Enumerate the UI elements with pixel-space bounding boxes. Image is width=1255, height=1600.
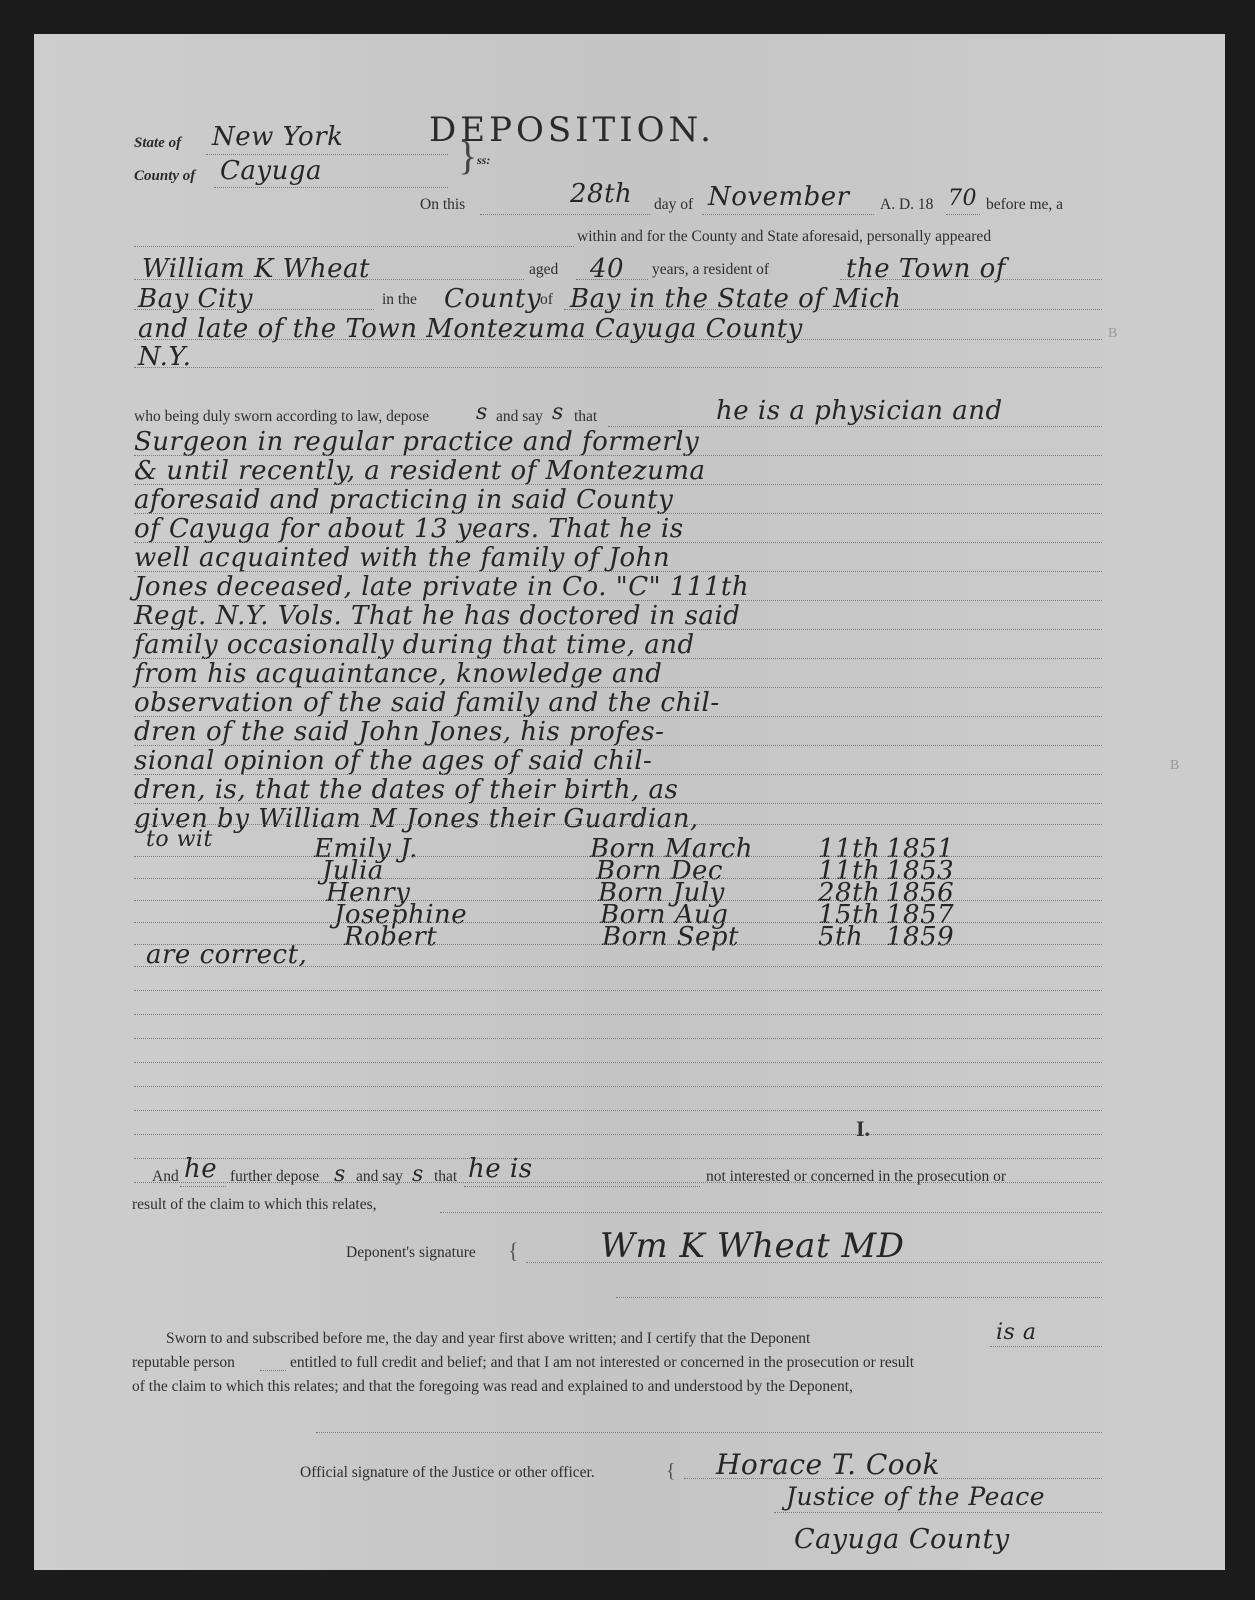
- rule: [134, 824, 1102, 825]
- deposition-page: DEPOSITION. State of New York County of …: [34, 34, 1225, 1570]
- jurat-hand: is a: [996, 1320, 1036, 1345]
- official-county: Cayuga County: [794, 1524, 1010, 1555]
- year-value: 70: [948, 186, 977, 211]
- blank-rule: [134, 990, 1102, 991]
- jurat-line-2: reputable person: [132, 1354, 235, 1372]
- rule: [990, 1346, 1102, 1347]
- testimony-line: observation of the said family and the c…: [134, 688, 720, 718]
- further-that-label: that: [434, 1168, 457, 1186]
- margin-mark: B: [1108, 326, 1117, 342]
- years-label: years, a resident of: [652, 261, 769, 279]
- pronoun-value: he: [184, 1154, 217, 1184]
- further-depose-suffix: s: [334, 1162, 346, 1187]
- rule: [316, 1432, 1102, 1433]
- rule: [134, 966, 1102, 967]
- rule: [526, 1262, 1102, 1263]
- testimony-line: well acquainted with the family of John: [134, 543, 670, 573]
- day-line: [480, 214, 650, 215]
- year-line: [946, 214, 980, 215]
- margin-mark: B: [1170, 758, 1179, 774]
- within-text: within and for the County and State afor…: [577, 228, 991, 246]
- testimony-line: of Cayuga for about 13 years. That he is: [134, 514, 684, 544]
- official-signature-label: Official signature of the Justice or oth…: [300, 1464, 595, 1482]
- state-value: New York: [212, 122, 343, 152]
- brace-glyph: {: [508, 1238, 519, 1264]
- child-day: 5th: [818, 922, 863, 952]
- rule: [774, 1512, 1102, 1513]
- state-label: State of: [134, 135, 181, 152]
- further-depose-label: further depose: [230, 1168, 319, 1186]
- state-line: [206, 154, 448, 155]
- child-year: 1859: [886, 922, 954, 952]
- blank-rule: [134, 1110, 1102, 1111]
- official-signature-name: Horace T. Cook: [716, 1448, 940, 1481]
- testimony-line: given by William M Jones their Guardian,: [134, 804, 699, 834]
- testimony-line: dren, is, that the dates of their birth,…: [134, 775, 678, 805]
- month-line: [702, 214, 874, 215]
- aged-label: aged: [529, 261, 558, 279]
- official-title: Justice of the Peace: [786, 1482, 1045, 1511]
- and-say-label: and say: [496, 408, 543, 426]
- testimony-line: Jones deceased, late private in Co. "C" …: [134, 572, 749, 602]
- depose-suffix: s: [476, 400, 488, 425]
- county-word: County: [444, 284, 541, 314]
- testimony-line: sional opinion of the ages of said chil-: [134, 746, 652, 776]
- testimony-line: family occasionally during that time, an…: [134, 630, 695, 660]
- jurat-line-2-rest: entitled to full credit and belief; and …: [290, 1354, 914, 1372]
- day-value: 28th: [570, 179, 632, 209]
- child-born: Born Sept: [602, 922, 739, 952]
- blank-rule: [134, 1158, 1102, 1159]
- testimony-line: Surgeon in regular practice and formerly: [134, 427, 699, 457]
- that-label: that: [574, 408, 597, 426]
- say-suffix: s: [552, 400, 564, 425]
- blank-rule: [134, 1062, 1102, 1063]
- rule: [684, 1478, 1102, 1479]
- city-line: [134, 309, 374, 310]
- in-the-label: in the: [382, 291, 417, 309]
- of-label: of: [540, 291, 553, 309]
- not-interested-text: not interested or concerned in the prose…: [706, 1168, 1006, 1186]
- residence-line-4: [134, 367, 1102, 368]
- further-and-say-label: and say: [356, 1168, 403, 1186]
- residence-line-2: [564, 309, 1102, 310]
- jurat-line-3: of the claim to which this relates; and …: [132, 1378, 853, 1396]
- jurat-line-1: Sworn to and subscribed before me, the d…: [166, 1330, 810, 1348]
- county-line: [214, 187, 448, 188]
- result-text: result of the claim to which this relate…: [132, 1196, 377, 1214]
- age-line: [576, 279, 648, 280]
- further-say-suffix: s: [412, 1162, 424, 1187]
- deponent-signature-label: Deponent's signature: [346, 1244, 476, 1262]
- brace-glyph: {: [666, 1460, 676, 1483]
- month-value: November: [708, 182, 850, 212]
- rule: [616, 1297, 1102, 1298]
- residence-line-1: [840, 279, 1102, 280]
- on-this-label: On this: [420, 196, 465, 214]
- testimony-line: to wit: [146, 827, 213, 852]
- name-line: [134, 279, 524, 280]
- testimony-line: dren of the said John Jones, his profes-: [134, 717, 664, 747]
- and-label: And: [152, 1168, 179, 1186]
- testimony-line: from his acquaintance, knowledge and: [134, 659, 662, 689]
- further-is-value: he is: [468, 1154, 533, 1184]
- deponent-signature: Wm K Wheat MD: [600, 1226, 904, 1266]
- rule: [440, 1212, 1102, 1213]
- county-label: County of: [134, 168, 195, 185]
- officer-line: [134, 246, 574, 247]
- ad-label: A. D. 18: [880, 196, 933, 214]
- blank-rule: [134, 1038, 1102, 1039]
- blank-rule: [134, 1014, 1102, 1015]
- blank-rule: [134, 1086, 1102, 1087]
- testimony-line: Regt. N.Y. Vols. That he has doctored in…: [134, 601, 740, 631]
- sworn-printed: who being duly sworn according to law, d…: [134, 408, 429, 426]
- rule: [260, 1370, 286, 1371]
- day-of-label: day of: [654, 196, 693, 214]
- stray-ink-mark: I.: [856, 1116, 870, 1142]
- ss-label: ss:: [477, 153, 490, 168]
- residence-line-3: [134, 339, 1102, 340]
- before-me-label: before me, a: [986, 196, 1063, 214]
- rule: [180, 1186, 226, 1187]
- testimony-line-0: he is a physician and: [716, 396, 1003, 426]
- rule: [464, 1186, 700, 1187]
- county-value: Cayuga: [220, 156, 322, 186]
- brace-glyph: }: [458, 136, 477, 176]
- child-name: Robert: [344, 922, 437, 952]
- testimony-line: & until recently, a resident of Montezum…: [134, 456, 706, 486]
- testimony-line: aforesaid and practicing in said County: [134, 485, 673, 515]
- blank-rule: [134, 1134, 1102, 1135]
